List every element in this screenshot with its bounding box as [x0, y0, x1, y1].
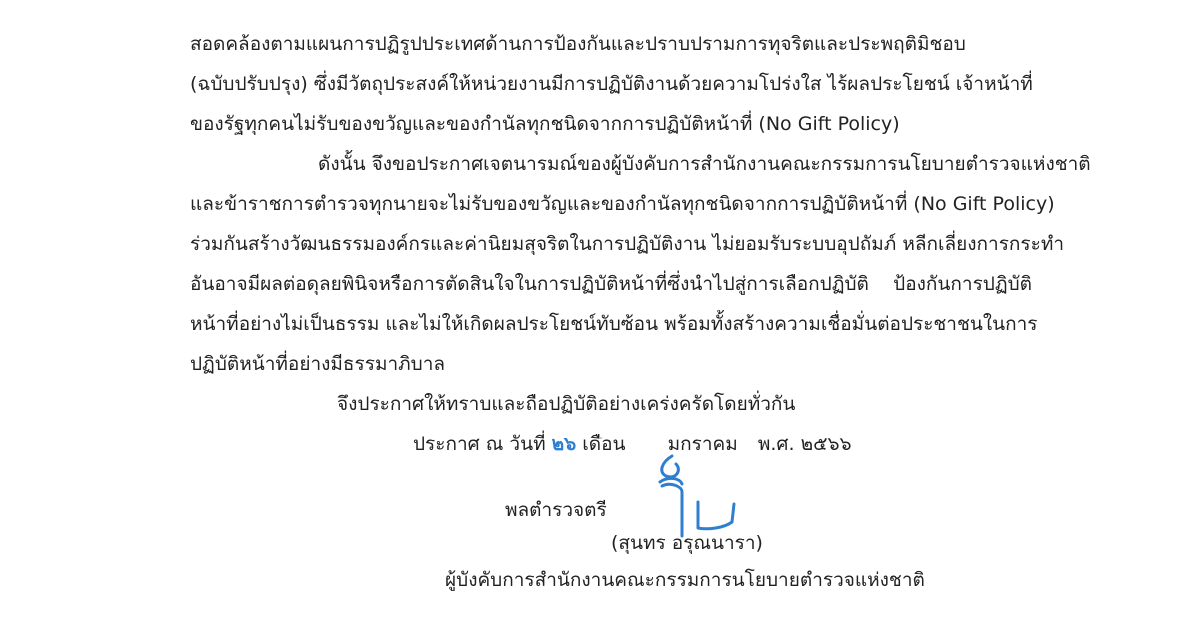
- speck: [600, 437, 602, 439]
- announcement-page: สอดคล้องตามแผนการปฏิรูปประเทศด้านการป้อง…: [0, 0, 1200, 630]
- date-line: ประกาศ ณ วันที่ ๒๖ เดือน มกราคม พ.ศ. ๒๕๖…: [413, 431, 852, 457]
- date-day: ๒๖: [552, 433, 577, 455]
- paragraph2-line-5: หน้าที่อย่างไม่เป็นธรรม และไม่ให้เกิดผลป…: [190, 311, 1032, 337]
- paragraph2-line-6: ปฏิบัติหน้าที่อย่างมีธรรมาภิบาล: [190, 351, 445, 377]
- paragraph1-line-2: (ฉบับปรับปรุง) ซึ่งมีวัตถุประสงค์ให้หน่ว…: [190, 71, 1032, 97]
- date-prefix: ประกาศ ณ วันที่: [413, 433, 546, 455]
- closing-statement: จึงประกาศให้ทราบและถือปฏิบัติอย่างเคร่งค…: [337, 391, 795, 417]
- handwritten-signature: [648, 452, 758, 542]
- paragraph1-line-1: สอดคล้องตามแผนการปฏิรูปประเทศด้านการป้อง…: [190, 31, 1032, 57]
- paragraph1-line-3: ของรัฐทุกคนไม่รับของขวัญและของกำนัลทุกชน…: [190, 111, 900, 137]
- date-year-label: พ.ศ.: [758, 433, 795, 455]
- date-month-label: เดือน: [582, 433, 625, 455]
- paragraph2-line-3: ร่วมกันสร้างวัฒนธรรมองค์กรและค่านิยมสุจร…: [190, 231, 1032, 257]
- paragraph2-line-2: และข้าราชการตำรวจทุกนายจะไม่รับของขวัญแล…: [190, 191, 1032, 217]
- paragraph2-line-4: อันอาจมีผลต่อดุลยพินิจหรือการตัดสินใจในก…: [190, 271, 1032, 297]
- signer-position: ผู้บังคับการสำนักงานคณะกรรมการนโยบายตำรว…: [445, 567, 925, 593]
- paragraph2-line-1: ดังนั้น จึงขอประกาศเจตนารมณ์ของผู้บังคับ…: [318, 151, 1032, 177]
- signer-name: (สุนทร อรุณนารา): [611, 530, 763, 556]
- date-year: ๒๕๖๖: [801, 433, 852, 455]
- signer-rank: พลตำรวจตรี: [505, 497, 607, 523]
